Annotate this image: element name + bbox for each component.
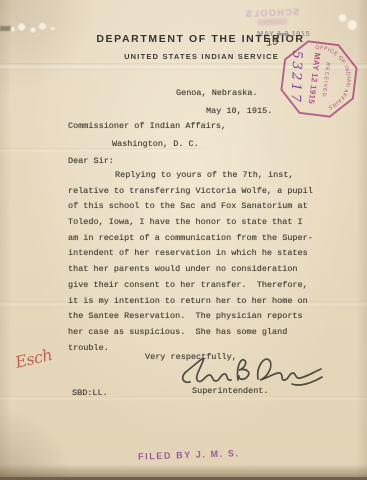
body-line: am in receipt of a communication from th… [68,231,324,247]
body-line: the Santee Reservation. The physician re… [68,309,324,325]
body-line: of this school to the Sac and Fox Sanato… [68,199,324,215]
dateline-place: Genoa, Nebraska. [176,88,258,98]
body-line: relative to transferring Victoria Wolfe,… [68,184,324,200]
body-line: it is my intention to return her to her … [68,294,324,310]
recipient-address: Washington, D. C. [112,139,199,149]
paper-damage-spots [334,12,362,32]
salutation: Dear Sir: [68,156,114,166]
body-line: her case as suspicious. She has some gla… [68,325,324,341]
recipient-name: Commissioner of Indian Affairs, [68,121,226,131]
received-stamp: OFFICE OF INDIAN AFFAIRS RECEIVED MAY 12… [272,34,365,124]
body-line: Replying to yours of the 7th, inst, [68,168,324,184]
signer-title: Superintendent. [192,386,269,396]
body-line: Toledo, Iowa, I have the honor to state … [68,215,324,231]
signature-graphic [176,349,326,391]
bleedthrough-stamp-text: SCHOOLS [236,7,308,20]
bleedthrough-stamp-smudge [257,18,287,25]
letterhead-service: UNITED STATES INDIAN SERVICE [18,52,367,61]
reference-initials: SBD:LL. [72,388,108,398]
received-stamp-graphic: OFFICE OF INDIAN AFFAIRS RECEIVED MAY 12… [272,34,365,124]
filed-stamp: FILED BY J. M. S. [138,448,240,462]
letter-page: SCHOOLS MAY 1 2 1915 13 OFFICE OF INDIAN… [0,0,367,480]
body-line: give their consent to her transfer. Ther… [68,278,324,294]
letterhead-department: DEPARTMENT OF THE INTERIOR [17,33,367,45]
red-pencil-initials: Esch [13,345,53,372]
letter-body: Replying to yours of the 7th, inst, rela… [68,168,324,356]
bleedthrough-stamp: SCHOOLS [236,7,309,27]
edge-smudge [0,26,11,31]
body-line: that her parents would under no consider… [68,262,324,278]
received-stamp-label: RECEIVED [320,62,330,98]
body-line: intendent of her reservation in which he… [68,246,324,262]
fold-crease [0,396,367,401]
dateline-date: May 10, 1915. [206,106,272,116]
